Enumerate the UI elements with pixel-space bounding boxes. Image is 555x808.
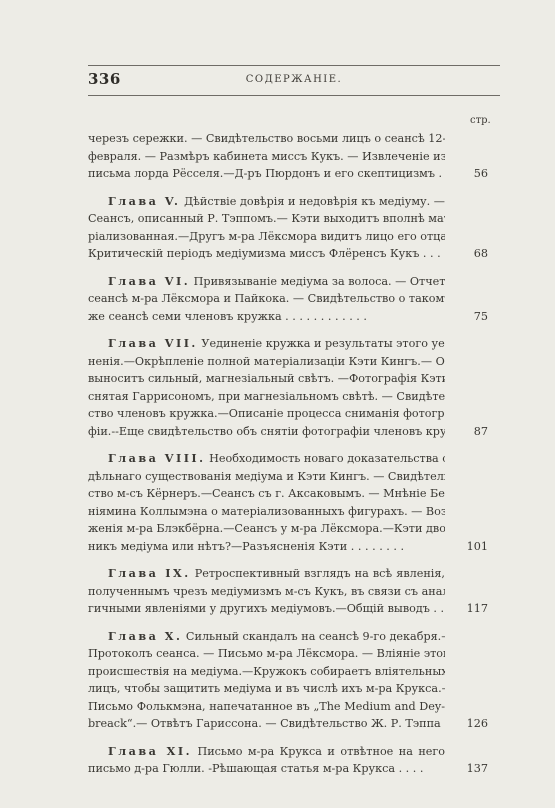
- toc-line-text: ство м-съ Кёрнеръ.—Сеансъ съ г. Аксаковы…: [88, 487, 445, 500]
- toc-line-text: выноситъ сильный, магнезіальный свѣтъ. —…: [88, 372, 445, 385]
- toc-line: выноситъ сильный, магнезіальный свѣтъ. —…: [88, 370, 445, 388]
- toc-line-text: Привязываніе медіума за волоса. — Отчетъ…: [194, 275, 445, 288]
- toc-line-text: лицъ, чтобы защитить медіума и въ числѣ …: [88, 682, 445, 695]
- running-title: СОДЕРЖАНІЕ.: [88, 74, 500, 85]
- toc-line-text: письмо д-ра Гюлли. -Рѣшающая статья м-ра…: [88, 762, 423, 775]
- toc-page-ref[interactable]: 75: [474, 308, 488, 326]
- toc-line-text: ненія.—Окрѣпленіе полной матеріализаціи …: [88, 355, 445, 368]
- toc-line: Протоколъ сеанса. — Письмо м-ра Лёксмора…: [88, 645, 445, 663]
- toc-line-text: снятая Гаррисономъ, при магнезіальномъ с…: [88, 390, 445, 403]
- toc-entry-text: Глава XI. Письмо м-ра Крукса и отвѣтное …: [88, 743, 445, 778]
- toc-line: breack“.— Отвѣтъ Гарисcона. — Свидѣтельс…: [88, 715, 445, 733]
- toc-entry-text: Глава IX. Ретроспективный взглядъ на всѣ…: [88, 565, 445, 618]
- toc-page-ref[interactable]: 56: [474, 165, 488, 183]
- toc-line-text: Уединеніе кружка и результаты этого уеди…: [201, 337, 445, 350]
- toc-page-ref[interactable]: 68: [474, 245, 488, 263]
- chapter-label: Глава X.: [108, 629, 182, 643]
- toc-entry-text: черезъ сережки. — Свидѣтельство восьми л…: [88, 130, 445, 183]
- toc-line-text: Дѣйствіе довѣрія и недовѣрія къ медіуму.…: [184, 195, 445, 208]
- book-page: 336 СОДЕРЖАНІЕ. стр. черезъ сережки. — С…: [0, 0, 555, 808]
- toc-line-text: ство членовъ кружка.—Описаніе процесса с…: [88, 407, 445, 420]
- toc-page-ref[interactable]: 101: [467, 538, 488, 556]
- toc-line: же сеансѣ семи членовъ кружка . . . . . …: [88, 308, 445, 326]
- toc-page-ref[interactable]: 117: [467, 600, 488, 618]
- toc-line: Глава VII. Уединеніе кружка и результаты…: [88, 335, 445, 353]
- toc-line-text: полученнымъ чрезъ медіумизмъ м-съ Кукъ, …: [88, 585, 445, 598]
- toc-entry-text: Глава VIII. Необходимость новаго доказат…: [88, 450, 445, 555]
- page-column-label: стр.: [470, 115, 491, 126]
- toc-line-text: сеансѣ м-ра Лёксмора и Пайкока. — Свидѣт…: [88, 292, 445, 305]
- toc-line: ріализованная.—Другъ м-ра Лёксмора видит…: [88, 228, 445, 246]
- toc-line-text: февраля. — Размѣръ кабинета миссъ Кукъ. …: [88, 150, 445, 163]
- toc-line-text: дѣльнаго существованія медіума и Кэти Ки…: [88, 470, 445, 483]
- toc-page-ref[interactable]: 126: [467, 715, 488, 733]
- toc-line: никъ медіума или нѣтъ?—Разъясненія Кэти …: [88, 538, 445, 556]
- toc-entry: Глава XI. Письмо м-ра Крукса и отвѣтное …: [88, 743, 500, 778]
- toc-line-text: Письмо Фолькмэна, напечатанное въ „The M…: [88, 700, 445, 713]
- toc-line-text: фіи.--Еще свидѣтельство объ снятіи фотог…: [88, 425, 445, 438]
- toc-line-text: ріализованная.—Другъ м-ра Лёксмора видит…: [88, 230, 445, 243]
- toc-line-text: Протоколъ сеанса. — Письмо м-ра Лёксмора…: [88, 647, 445, 660]
- toc-line: Глава V. Дѣйствіе довѣрія и недовѣрія къ…: [88, 193, 445, 211]
- toc-line-text: письма лорда Рёсселя.—Д-ръ Пюрдонъ и его…: [88, 167, 445, 180]
- toc-line: ненія.—Окрѣпленіе полной матеріализаціи …: [88, 353, 445, 371]
- toc-line: письма лорда Рёсселя.—Д-ръ Пюрдонъ и его…: [88, 165, 445, 183]
- toc-line-text: Ретроспективный взглядъ на всѣ явленія,: [195, 567, 445, 580]
- toc-entry: Глава V. Дѣйствіе довѣрія и недовѣрія къ…: [88, 193, 500, 263]
- toc-line: полученнымъ чрезъ медіумизмъ м-съ Кукъ, …: [88, 583, 445, 601]
- toc-line: гичными явленіями у другихъ медіумовъ.—О…: [88, 600, 445, 618]
- chapter-label: Глава VI.: [108, 274, 190, 288]
- toc-entry: Глава VIII. Необходимость новаго доказат…: [88, 450, 500, 555]
- toc-entry: черезъ сережки. — Свидѣтельство восьми л…: [88, 130, 500, 183]
- toc-line: происшествія на медіума.—Кружокъ собирае…: [88, 663, 445, 681]
- toc-line-text: ніямина Коллымэна о матеріализованныхъ ф…: [88, 505, 445, 518]
- toc-line: черезъ сережки. — Свидѣтельство восьми л…: [88, 130, 445, 148]
- toc-line-text: происшествія на медіума.—Кружокъ собирае…: [88, 665, 445, 678]
- toc-line: ніямина Коллымэна о матеріализованныхъ ф…: [88, 503, 445, 521]
- toc-line-text: же сеансѣ семи членовъ кружка . . . . . …: [88, 310, 367, 323]
- header-top-rule: [88, 65, 500, 66]
- toc-entry-text: Глава VI. Привязываніе медіума за волоса…: [88, 273, 445, 326]
- toc-line: Критическій періодъ медіумизма миссъ Флё…: [88, 245, 445, 263]
- toc-line: Глава X. Сильный скандалъ на сеансѣ 9-го…: [88, 628, 445, 646]
- toc-line-text: Критическій періодъ медіумизма миссъ Флё…: [88, 247, 441, 260]
- toc-line: письмо д-ра Гюлли. -Рѣшающая статья м-ра…: [88, 760, 445, 778]
- toc-line: фіи.--Еще свидѣтельство объ снятіи фотог…: [88, 423, 445, 441]
- toc-page-ref[interactable]: 137: [467, 760, 488, 778]
- toc-line-text: Необходимость новаго доказательства от-: [209, 452, 445, 465]
- toc-entry-text: Глава X. Сильный скандалъ на сеансѣ 9-го…: [88, 628, 445, 733]
- toc-entry: Глава IX. Ретроспективный взглядъ на всѣ…: [88, 565, 500, 618]
- toc-line-text: никъ медіума или нѣтъ?—Разъясненія Кэти …: [88, 540, 404, 553]
- toc-line: Глава VI. Привязываніе медіума за волоса…: [88, 273, 445, 291]
- toc-entry-text: Глава V. Дѣйствіе довѣрія и недовѣрія къ…: [88, 193, 445, 263]
- chapter-label: Глава XI.: [108, 744, 192, 758]
- toc-entry-text: Глава VII. Уединеніе кружка и результаты…: [88, 335, 445, 440]
- toc-line-text: женія м-ра Блэкбёрна.—Сеансъ у м-ра Лёкс…: [88, 522, 445, 535]
- toc-line: Глава IX. Ретроспективный взглядъ на всѣ…: [88, 565, 445, 583]
- toc-line-text: Сеансъ, описанный Р. Тэппомъ.— Кэти выхо…: [88, 212, 445, 225]
- toc-line: ство членовъ кружка.—Описаніе процесса с…: [88, 405, 445, 423]
- toc-line: Письмо Фолькмэна, напечатанное въ „The M…: [88, 698, 445, 716]
- table-of-contents: черезъ сережки. — Свидѣтельство восьми л…: [88, 130, 500, 788]
- toc-entry: Глава X. Сильный скандалъ на сеансѣ 9-го…: [88, 628, 500, 733]
- toc-entry: Глава VI. Привязываніе медіума за волоса…: [88, 273, 500, 326]
- toc-line: лицъ, чтобы защитить медіума и въ числѣ …: [88, 680, 445, 698]
- toc-entry: Глава VII. Уединеніе кружка и результаты…: [88, 335, 500, 440]
- header-bottom-rule: [88, 95, 500, 96]
- toc-line-text: Письмо м-ра Крукса и отвѣтное на него: [197, 745, 445, 758]
- chapter-label: Глава VIII.: [108, 451, 206, 465]
- toc-line: февраля. — Размѣръ кабинета миссъ Кукъ. …: [88, 148, 445, 166]
- toc-line-text: черезъ сережки. — Свидѣтельство восьми л…: [88, 132, 445, 145]
- toc-line-text: breack“.— Отвѣтъ Гарисcона. — Свидѣтельс…: [88, 717, 445, 730]
- toc-line: сеансѣ м-ра Лёксмора и Пайкока. — Свидѣт…: [88, 290, 445, 308]
- toc-line: Сеансъ, описанный Р. Тэппомъ.— Кэти выхо…: [88, 210, 445, 228]
- toc-line: Глава XI. Письмо м-ра Крукса и отвѣтное …: [88, 743, 445, 761]
- chapter-label: Глава VII.: [108, 336, 198, 350]
- chapter-label: Глава V.: [108, 194, 180, 208]
- toc-page-ref[interactable]: 87: [474, 423, 488, 441]
- toc-line: женія м-ра Блэкбёрна.—Сеансъ у м-ра Лёкс…: [88, 520, 445, 538]
- toc-line: дѣльнаго существованія медіума и Кэти Ки…: [88, 468, 445, 486]
- toc-line-text: Сильный скандалъ на сеансѣ 9-го декабря.…: [186, 630, 445, 643]
- toc-line: ство м-съ Кёрнеръ.—Сеансъ съ г. Аксаковы…: [88, 485, 445, 503]
- toc-line: Глава VIII. Необходимость новаго доказат…: [88, 450, 445, 468]
- toc-line: снятая Гаррисономъ, при магнезіальномъ с…: [88, 388, 445, 406]
- page-header: 336 СОДЕРЖАНІЕ.: [88, 70, 500, 92]
- toc-line-text: гичными явленіями у другихъ медіумовъ.—О…: [88, 602, 444, 615]
- chapter-label: Глава IX.: [108, 566, 191, 580]
